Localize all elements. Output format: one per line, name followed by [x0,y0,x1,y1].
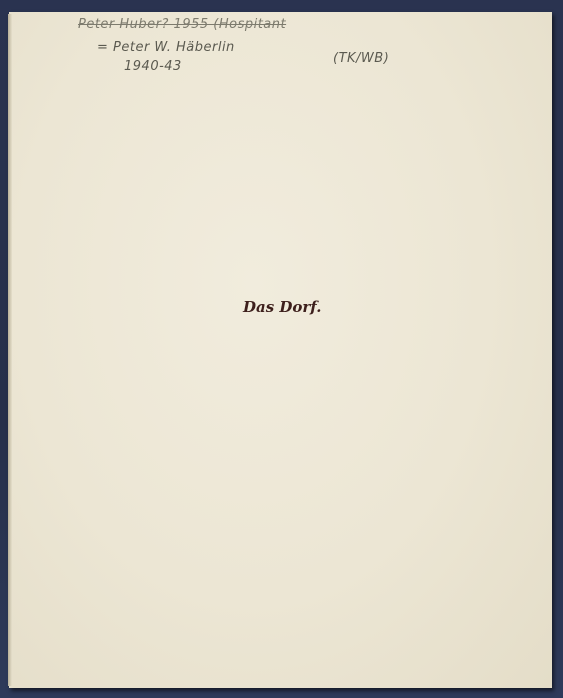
title-annotation: Das Dorf. [243,298,321,316]
date-annotation: 1940-43 [124,59,182,74]
reference-annotation: (TK/WB) [333,51,389,66]
board-edge [8,14,12,686]
board-back [9,12,552,688]
struck-annotation: Peter Huber? 1955 (Hospitant [78,17,286,32]
name-annotation: = Peter W. Häberlin [97,40,235,55]
